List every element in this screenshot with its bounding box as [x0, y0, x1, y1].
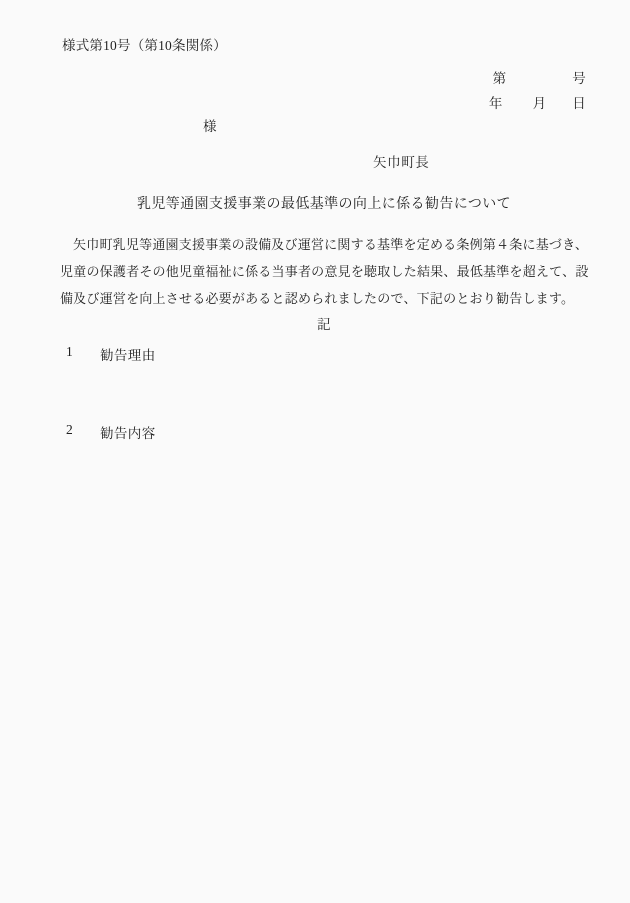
form-number: 様式第10号（第10条関係） [62, 39, 227, 53]
subject-title: 乳児等通園支援事業の最低基準の向上に係る勧告について [60, 198, 588, 212]
body-paragraph-line-1: 矢巾町乳児等通園支援事業の設備及び運営に関する基準を定める条例第４条に基づき、 [60, 238, 590, 251]
date-day-label: 日 [572, 96, 586, 111]
item-number: 1 [66, 344, 100, 364]
addressee-honorific: 様 [203, 120, 217, 134]
list-item-content: 2 勧告内容 [66, 422, 156, 442]
item-label: 勧告理由 [100, 344, 156, 364]
list-item-reason: 1 勧告理由 [66, 344, 156, 364]
date-line: 年月日 [475, 83, 586, 124]
body-paragraph-line-2: 児童の保護者その他児童福祉に係る当事者の意見を聴取した結果、最低基準を超えて、設 [60, 265, 590, 278]
item-label: 勧告内容 [100, 422, 156, 442]
item-number: 2 [66, 422, 100, 442]
document-page: 様式第10号（第10条関係） 第号 年月日 様 矢巾町長 乳児等通園支援事業の最… [0, 0, 630, 903]
record-marker: 記 [60, 318, 588, 332]
date-year-label: 年 [489, 96, 503, 111]
sender-title: 矢巾町長 [373, 156, 429, 170]
body-paragraph-line-3: 備及び運営を向上させる必要があると認められましたので、下記のとおり勧告します。 [60, 292, 590, 305]
date-month-label: 月 [533, 96, 547, 111]
